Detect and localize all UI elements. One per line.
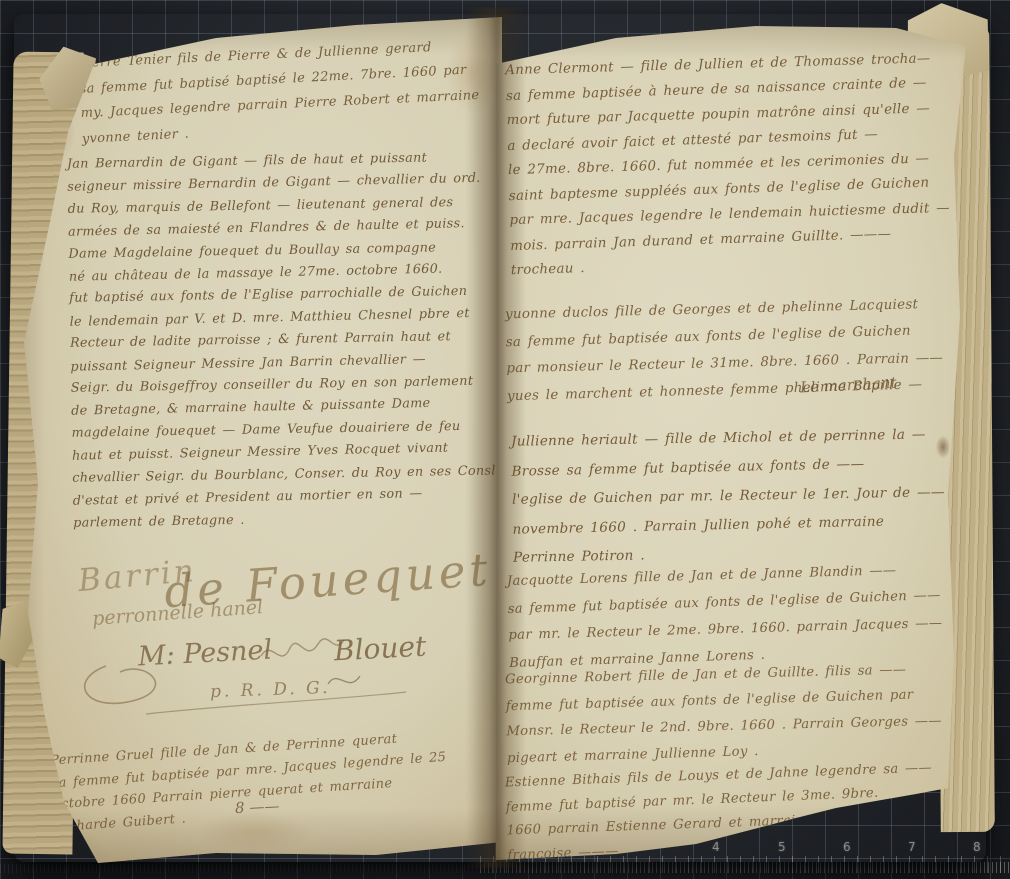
signature-perronnelle-hanel: perronnelle hanel [91, 596, 263, 630]
book-gutter-shadow [466, 8, 526, 868]
baptism-entry: Jullienne heriault — fille de Michol et … [511, 420, 946, 573]
ruler-ticks-fine [480, 862, 1010, 873]
baptism-entry: Perrinne Gruel fille de Jan & de Perrinn… [50, 726, 450, 839]
signature-flourish-icon [76, 626, 456, 726]
left-page: Pierre Tenier fils de Pierre & de Jullie… [16, 12, 502, 868]
baptism-entry: Georginne Robert fille de Jan et de Guil… [505, 657, 943, 772]
catchword: 8 —— [235, 797, 280, 817]
right-page: Anne Clermont — fille de Jullien et de T… [496, 16, 988, 864]
ruler-ticks-faint [0, 864, 480, 873]
baptism-entry: Anne Clermont — fille de Jullien et de T… [505, 46, 952, 283]
baptism-entry: Jan Bernardin de Gigant — fils de haut e… [67, 146, 508, 534]
